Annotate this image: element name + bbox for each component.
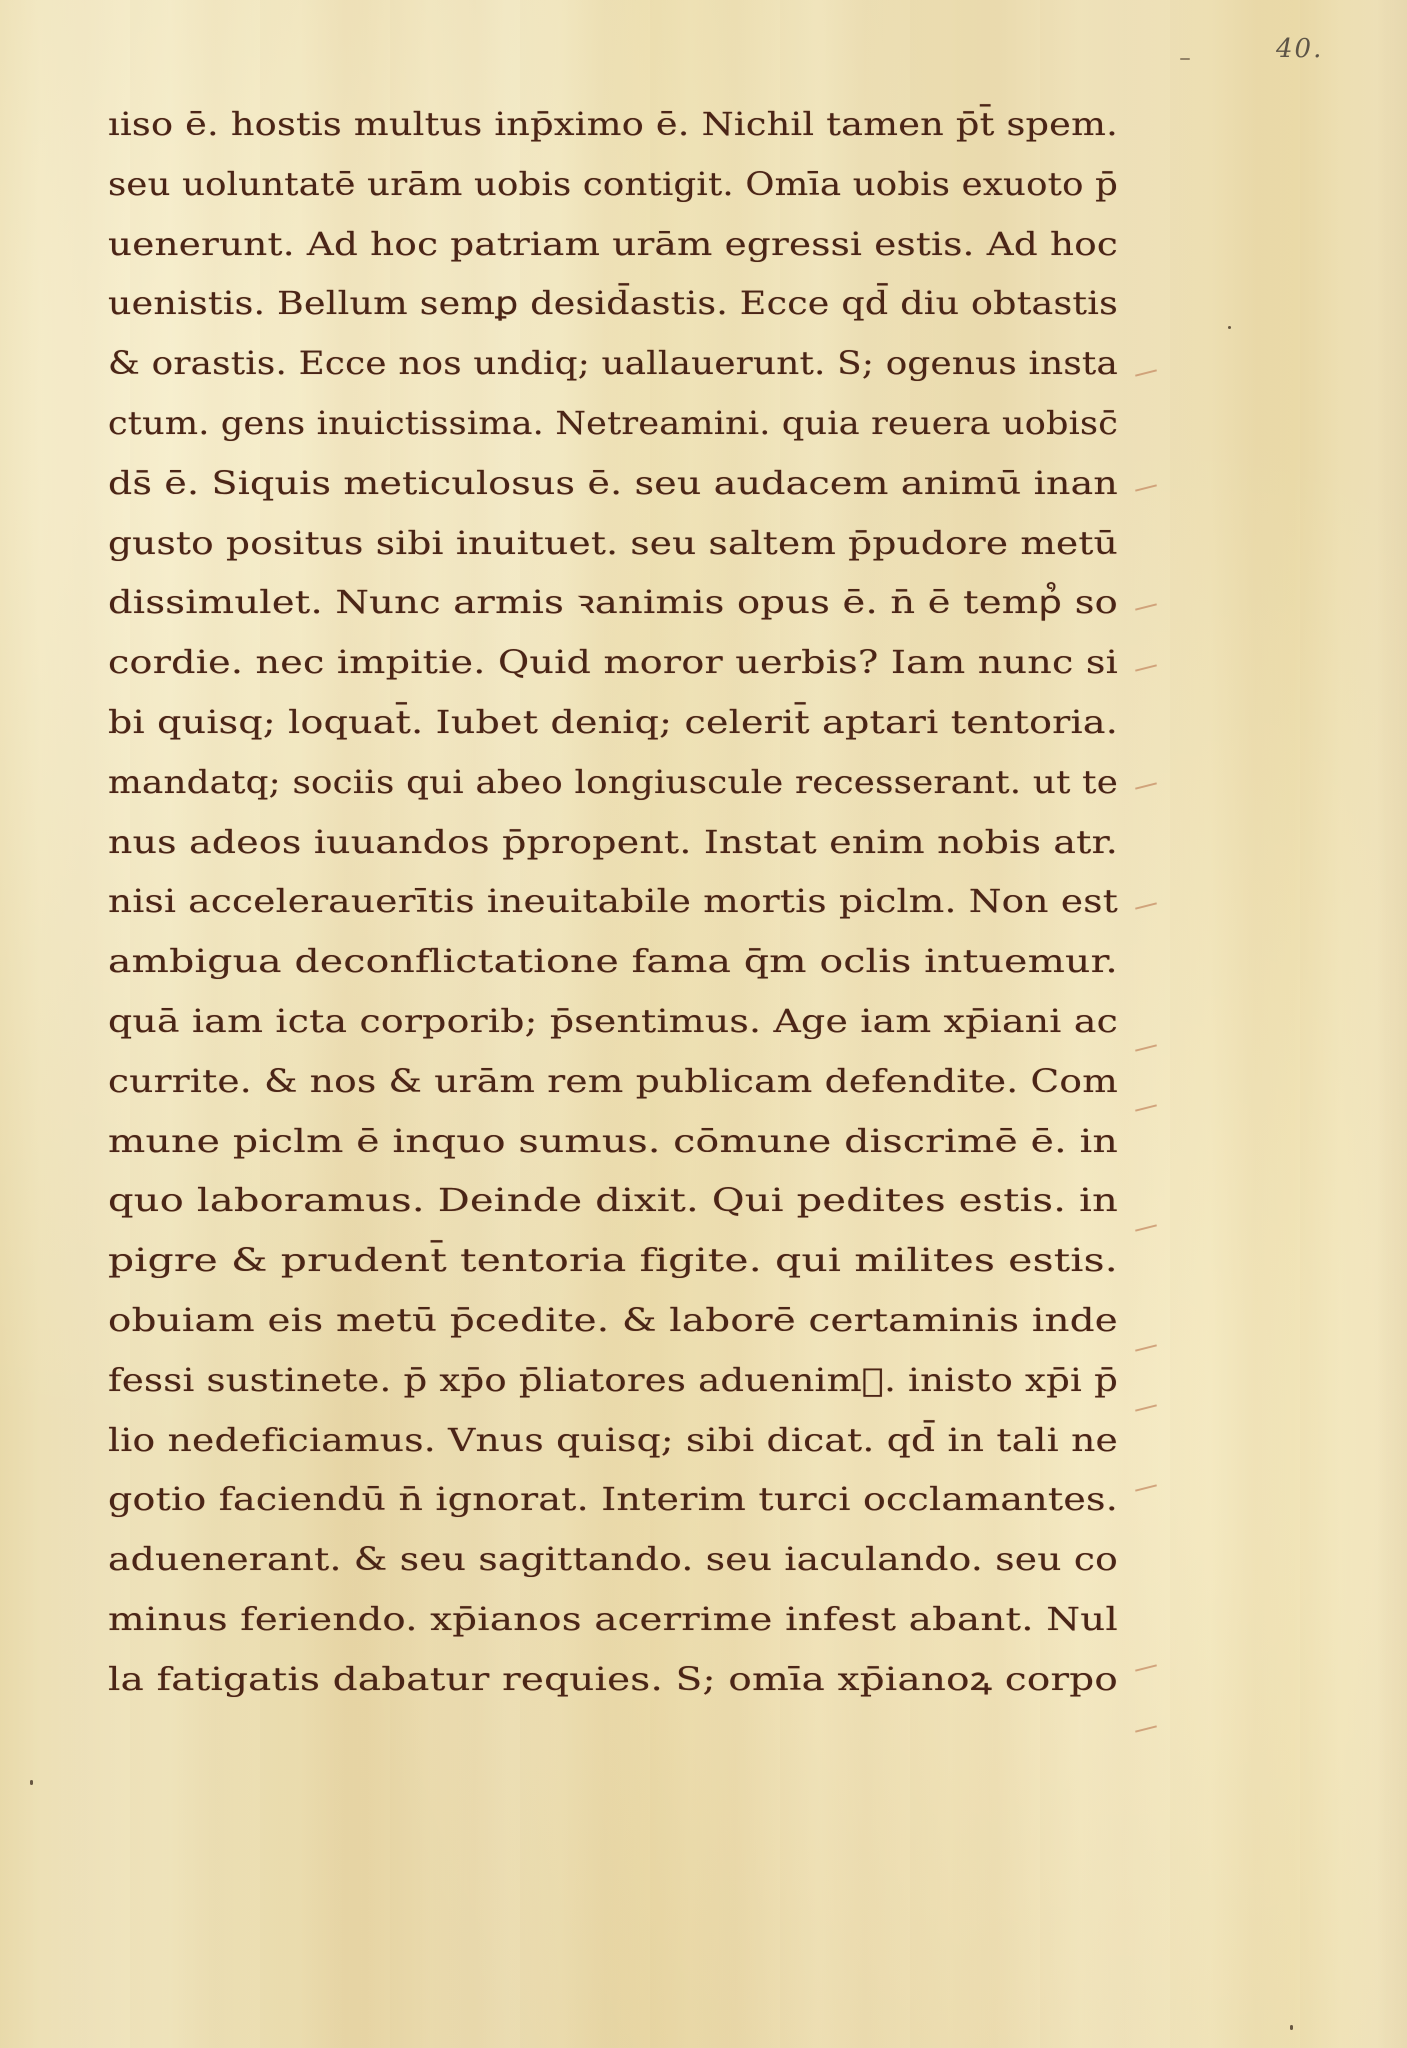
ruling-pricking-mark	[1135, 1725, 1157, 1732]
line-text: la fatigatis dabatur requies. S; omīa xp…	[108, 1650, 1118, 1710]
line-text: gusto positus sibi inuituet. seu saltem …	[108, 514, 1118, 574]
ruling-pricking-mark	[1135, 1404, 1157, 1411]
line-text: ctum. gens inuictissima. Netreamini. qui…	[108, 394, 1118, 454]
line-text: fessi sustinete. p̄ xp̄o p̄liatores adue…	[108, 1351, 1118, 1411]
line-text: & orastis. Ecce nos undiq; uallauerunt. …	[108, 334, 1118, 394]
ruling-pricking-mark	[1135, 1224, 1157, 1231]
line-text: obuiam eis metū p̄cedite. & laborē certa…	[108, 1291, 1118, 1351]
text-line: currite. & nos & urām rem publicam defen…	[108, 1052, 1128, 1112]
manuscript-folio: 40. ıiso ē. hostis multus inp̄ximo ē. Ni…	[0, 0, 1407, 2048]
text-line: aduenerant. & seu sagittando. seu iacula…	[108, 1530, 1128, 1590]
text-line: pigre & prudent̄ tentoria figite. qui mi…	[108, 1231, 1128, 1291]
line-text: ıiso ē. hostis multus inp̄ximo ē. Nichil…	[108, 95, 1118, 155]
text-line: bi quisq; loquat̄. Iubet deniq; celerit̄…	[108, 693, 1128, 753]
text-line: mandatq; sociis qui abeo longiuscule rec…	[108, 753, 1128, 813]
ruling-pricking-mark	[1135, 1344, 1157, 1351]
line-text: ds̄ ē. Siquis meticulosus ē. seu audacem…	[108, 454, 1118, 514]
text-line: gotio faciendū n̄ ignorat. Interim turci…	[108, 1470, 1128, 1530]
text-line: gusto positus sibi inuituet. seu saltem …	[108, 514, 1128, 574]
text-line: la fatigatis dabatur requies. S; omīa xp…	[108, 1650, 1128, 1710]
text-line: quo laboramus. Deinde dixit. Qui pedites…	[108, 1171, 1128, 1231]
ruling-pricking-mark	[1135, 1104, 1157, 1111]
line-text: currite. & nos & urām rem publicam defen…	[108, 1052, 1118, 1112]
line-text: aduenerant. & seu sagittando. seu iacula…	[108, 1530, 1118, 1590]
text-line: lio nedeficiamus. Vnus quisq; sibi dicat…	[108, 1411, 1128, 1471]
text-line: uenistis. Bellum semꝑ desid̄astis. Ecce …	[108, 274, 1128, 334]
ruling-pricking-mark	[1135, 664, 1157, 671]
text-line: quā iam icta corporib; p̄sentimus. Age i…	[108, 992, 1128, 1052]
manuscript-text-block: ıiso ē. hostis multus inp̄ximo ē. Nichil…	[108, 95, 1128, 1710]
line-text: dissimulet. Nunc armis ꝛanimis opus ē. n…	[108, 573, 1118, 633]
ruling-pricking-mark	[1135, 1664, 1157, 1671]
ink-speck	[1290, 2025, 1293, 2030]
line-text: quo laboramus. Deinde dixit. Qui pedites…	[108, 1171, 1118, 1231]
ruling-pricking-mark	[1135, 603, 1157, 610]
line-text: nisi accelerauerītis ineuitabile mortis …	[108, 872, 1118, 932]
text-line: ıiso ē. hostis multus inp̄ximo ē. Nichil…	[108, 95, 1128, 155]
text-line: fessi sustinete. p̄ xp̄o p̄liatores adue…	[108, 1351, 1128, 1411]
text-line: ds̄ ē. Siquis meticulosus ē. seu audacem…	[108, 454, 1128, 514]
line-text: cordie. nec impitie. Quid moror uerbis? …	[108, 633, 1118, 693]
ink-speck	[30, 1780, 33, 1785]
line-text: ambigua deconflictatione fama q̄m oclis …	[108, 932, 1118, 992]
folio-number: 40.	[1276, 34, 1323, 64]
line-text: lio nedeficiamus. Vnus quisq; sibi dicat…	[108, 1411, 1118, 1471]
ruling-pricking-mark	[1135, 484, 1157, 491]
line-text: uenistis. Bellum semꝑ desid̄astis. Ecce …	[108, 274, 1118, 334]
text-line: mune piclm ē inquo sumus. cōmune discrim…	[108, 1112, 1128, 1172]
line-text: nus adeos iuuandos p̄propent. Instat eni…	[108, 813, 1118, 873]
text-line: obuiam eis metū p̄cedite. & laborē certa…	[108, 1291, 1128, 1351]
line-text: bi quisq; loquat̄. Iubet deniq; celerit̄…	[108, 693, 1118, 753]
ruling-pricking-mark	[1135, 369, 1157, 376]
line-text: seu uoluntatē urām uobis contigit. Omīa …	[108, 155, 1118, 215]
line-text: minus feriendo. xp̄ianos acerrime infest…	[108, 1590, 1118, 1650]
ink-speck	[1180, 58, 1190, 60]
ruling-pricking-mark	[1135, 782, 1157, 789]
ruling-pricking-mark	[1135, 902, 1157, 909]
text-line: cordie. nec impitie. Quid moror uerbis? …	[108, 633, 1128, 693]
line-text: mandatq; sociis qui abeo longiuscule rec…	[108, 753, 1118, 813]
ruling-pricking-mark	[1135, 1044, 1157, 1051]
line-text: gotio faciendū n̄ ignorat. Interim turci…	[108, 1470, 1118, 1530]
text-line: dissimulet. Nunc armis ꝛanimis opus ē. n…	[108, 573, 1128, 633]
text-line: nisi accelerauerītis ineuitabile mortis …	[108, 872, 1128, 932]
text-line: minus feriendo. xp̄ianos acerrime infest…	[108, 1590, 1128, 1650]
line-text: uenerunt. Ad hoc patriam urām egressi es…	[108, 215, 1118, 275]
text-line: & orastis. Ecce nos undiq; uallauerunt. …	[108, 334, 1128, 394]
line-text: pigre & prudent̄ tentoria figite. qui mi…	[108, 1231, 1118, 1291]
line-text: mune piclm ē inquo sumus. cōmune discrim…	[108, 1112, 1118, 1172]
line-text: quā iam icta corporib; p̄sentimus. Age i…	[108, 992, 1118, 1052]
text-line: ctum. gens inuictissima. Netreamini. qui…	[108, 394, 1128, 454]
ink-speck	[1228, 326, 1231, 329]
page-edge-shading	[1377, 0, 1407, 2048]
text-line: nus adeos iuuandos p̄propent. Instat eni…	[108, 813, 1128, 873]
text-line: uenerunt. Ad hoc patriam urām egressi es…	[108, 215, 1128, 275]
ruling-pricking-mark	[1135, 1484, 1157, 1491]
text-line: seu uoluntatē urām uobis contigit. Omīa …	[108, 155, 1128, 215]
text-line: ambigua deconflictatione fama q̄m oclis …	[108, 932, 1128, 992]
